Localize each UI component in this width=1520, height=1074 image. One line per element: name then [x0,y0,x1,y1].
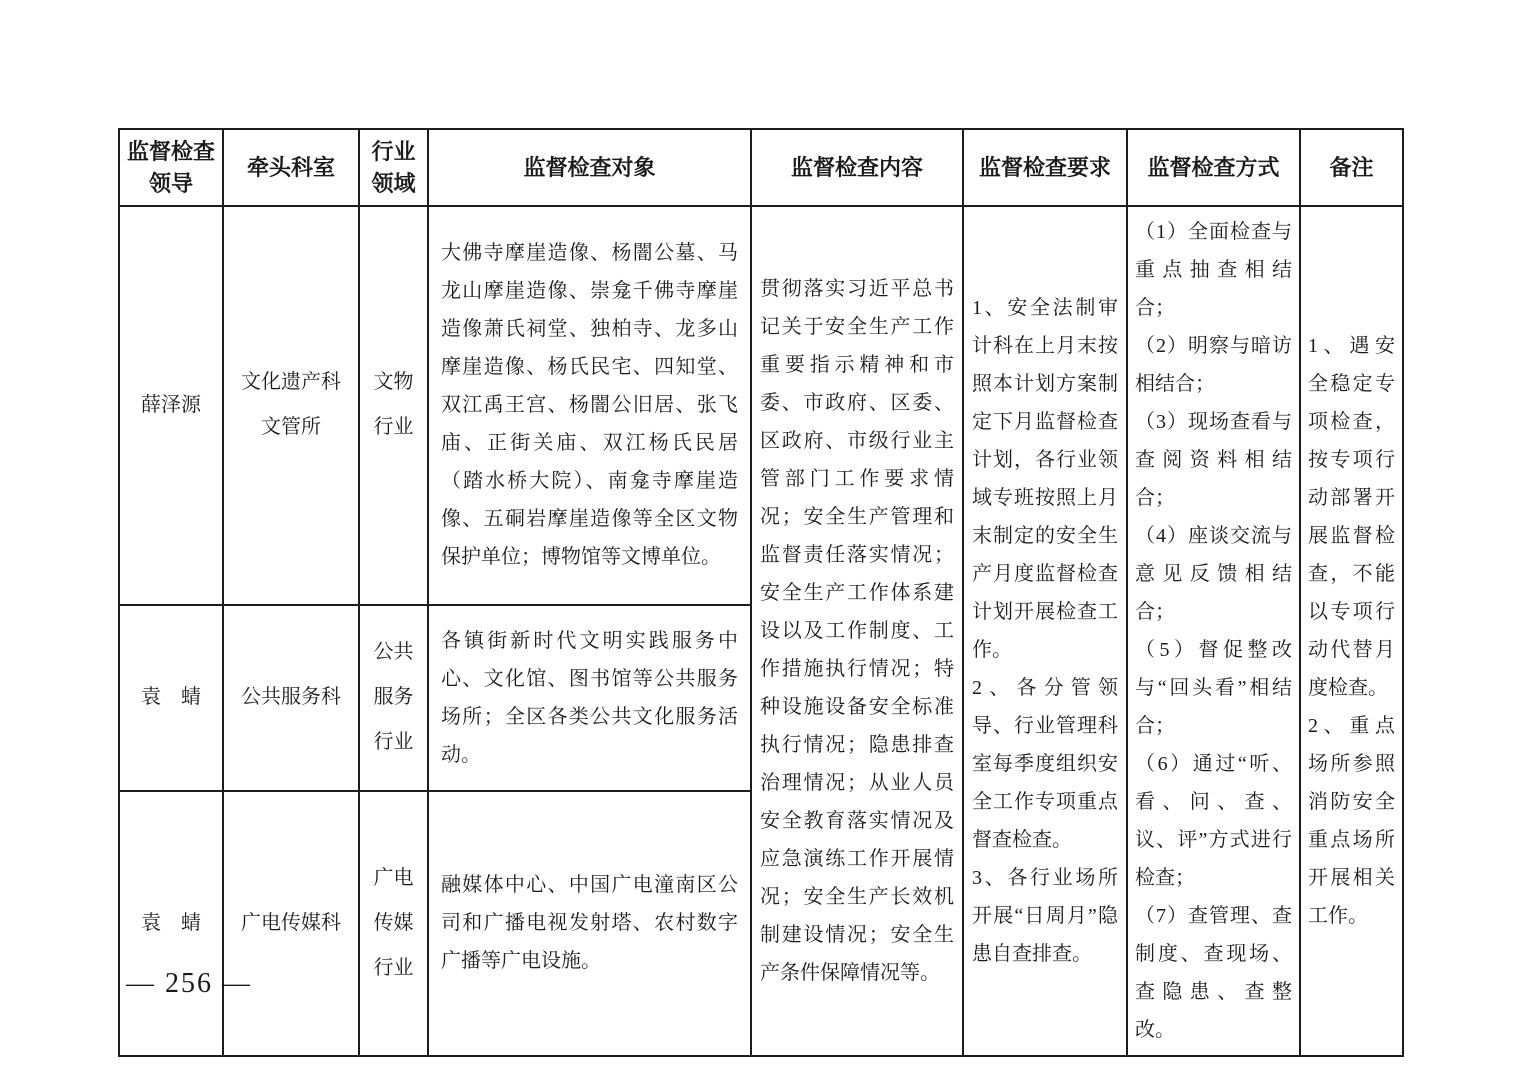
cell-target: 大佛寺摩崖造像、杨闇公墓、马龙山摩崖造像、崇龛千佛寺摩崖造像萧氏祠堂、独柏寺、龙… [428,206,751,605]
cell-inspection-requirement: 1、安全法制审计科在上月末按照本计划方案制定下月监督检查计划，各行业领域专班按照… [963,206,1127,1056]
cell-inspection-method: （1）全面检查与重点抽查相结合；（2）明察与暗访相结合；（3）现场查看与查阅资料… [1127,206,1300,1056]
paragraph: （6）通过“听、看、问、查、议、评”方式进行检查； [1135,745,1292,897]
inspection-plan-table: 监督检查领导 牵头科室 行业领域 监督检查对象 监督检查内容 监督检查要求 监督… [118,128,1404,1057]
document-page: 监督检查领导 牵头科室 行业领域 监督检查对象 监督检查内容 监督检查要求 监督… [0,0,1520,1074]
paragraph: （2）明察与暗访相结合； [1135,327,1292,403]
page-number: — 256 — [126,968,252,1000]
paragraph: （3）现场查看与查阅资料相结合； [1135,403,1292,517]
cell-target: 融媒体中心、中国广电潼南区公司和广播电视发射塔、农村数字广播等广电设施。 [428,791,751,1056]
table-header-row: 监督检查领导 牵头科室 行业领域 监督检查对象 监督检查内容 监督检查要求 监督… [119,129,1403,206]
paragraph: 1、遇安全稳定专项检查，按专项行动部署开展监督检查，不能以专项行动代替月度检查。 [1308,327,1395,707]
cell-department: 文化遗产科 文管所 [223,206,359,605]
paragraph: 贯彻落实习近平总书记关于安全生产工作重要指示精神和市委、市政府、区委、区政府、市… [760,270,954,992]
cell-department: 公共服务科 [223,605,359,791]
paragraph: （5）督促整改与“回头看”相结合； [1135,631,1292,745]
cell-note: 1、遇安全稳定专项检查，按专项行动部署开展监督检查，不能以专项行动代替月度检查。… [1300,206,1403,1056]
cell-leader: 袁 蜻 [119,605,223,791]
cell-leader: 薛泽源 [119,206,223,605]
cell-industry: 广电 传媒 行业 [359,791,428,1056]
paragraph: 1、安全法制审计科在上月末按照本计划方案制定下月监督检查计划，各行业领域专班按照… [972,289,1118,669]
cell-department: 广电传媒科 [223,791,359,1056]
header-leader: 监督检查领导 [119,129,223,206]
paragraph: 2、各分管领导、行业管理科室每季度组织安全工作专项重点督查检查。 [972,669,1118,859]
paragraph: 2、重点场所参照消防安全重点场所开展相关工作。 [1308,707,1395,935]
header-department: 牵头科室 [223,129,359,206]
paragraph: 3、各行业场所开展“日周月”隐患自查排查。 [972,859,1118,973]
header-note: 备注 [1300,129,1403,206]
header-industry: 行业领域 [359,129,428,206]
cell-industry: 文物 行业 [359,206,428,605]
paragraph: （4）座谈交流与意见反馈相结合； [1135,517,1292,631]
header-method: 监督检查方式 [1127,129,1300,206]
table-row: 薛泽源 文化遗产科 文管所 文物 行业 大佛寺摩崖造像、杨闇公墓、马龙山摩崖造像… [119,206,1403,605]
header-target: 监督检查对象 [428,129,751,206]
cell-target: 各镇街新时代文明实践服务中心、文化馆、图书馆等公共服务场所；全区各类公共文化服务… [428,605,751,791]
paragraph: （7）查管理、查制度、查现场、查隐患、查整改。 [1135,897,1292,1049]
cell-inspection-content: 贯彻落实习近平总书记关于安全生产工作重要指示精神和市委、市政府、区委、区政府、市… [751,206,963,1056]
cell-leader: 袁 蜻 [119,791,223,1056]
header-content: 监督检查内容 [751,129,963,206]
cell-industry: 公共 服务 行业 [359,605,428,791]
paragraph: （1）全面检查与重点抽查相结合； [1135,213,1292,327]
header-requirement: 监督检查要求 [963,129,1127,206]
